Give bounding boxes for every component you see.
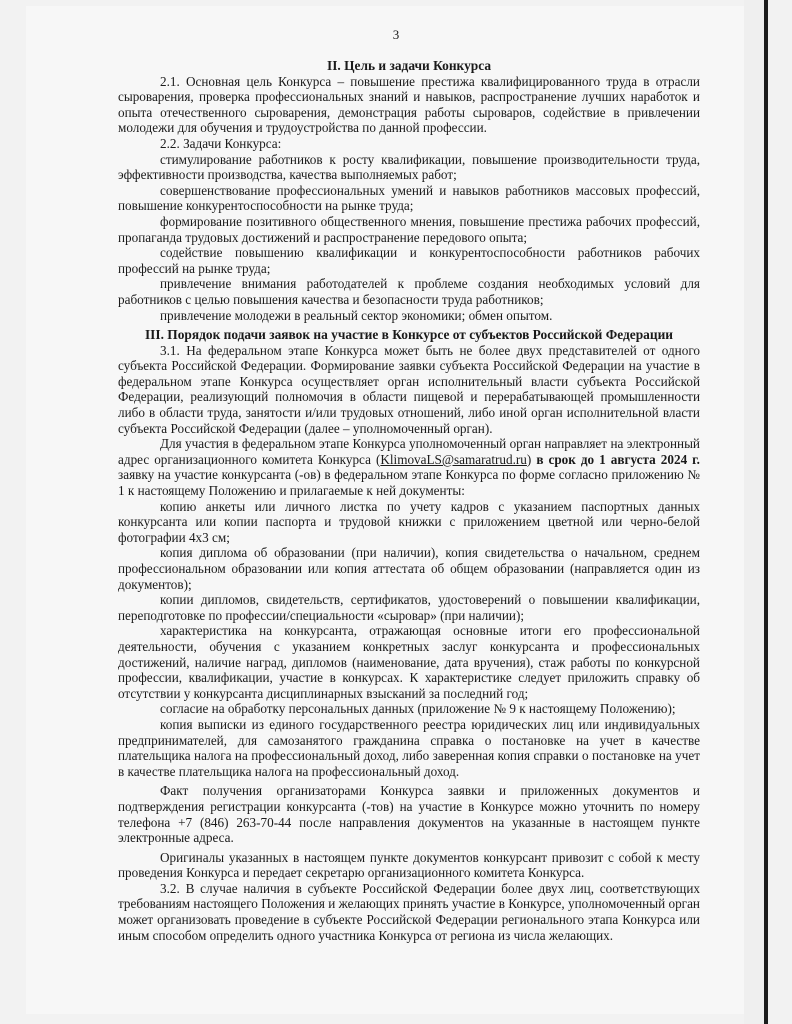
section-3-heading: III. Порядок подачи заявок на участие в … xyxy=(118,327,700,343)
paragraph-2-1: 2.1. Основная цель Конкурса – повышение … xyxy=(118,74,700,136)
deadline-text: в срок до 1 августа 2024 г. xyxy=(536,452,700,467)
document-item: согласие на обработку персональных данны… xyxy=(118,701,700,717)
task-item: совершенствование профессиональных умени… xyxy=(118,183,700,214)
task-item: формирование позитивного общественного м… xyxy=(118,214,700,245)
task-item: привлечение молодежи в реальный сектор э… xyxy=(118,308,700,324)
document-item: копии дипломов, свидетельств, сертификат… xyxy=(118,592,700,623)
paragraph-2-2: 2.2. Задачи Конкурса: xyxy=(118,136,700,152)
submission-paragraph: Для участия в федеральном этапе Конкурса… xyxy=(118,436,700,498)
submission-text-after: заявку на участие конкурсанта (-ов) в фе… xyxy=(118,467,700,498)
task-item: привлечение внимания работодателей к про… xyxy=(118,276,700,307)
originals-paragraph: Оригиналы указанных в настоящем пункте д… xyxy=(118,850,700,881)
paragraph-3-1: 3.1. На федеральном этапе Конкурса может… xyxy=(118,343,700,437)
scan-edge-line xyxy=(764,0,768,1024)
page-number: 3 xyxy=(0,27,792,43)
confirmation-paragraph: Факт получения организаторами Конкурса з… xyxy=(118,783,700,845)
task-item: содействие повышению квалификации и конк… xyxy=(118,245,700,276)
document-item: копия выписки из единого государственног… xyxy=(118,717,700,779)
document-item: характеристика на конкурсанта, отражающа… xyxy=(118,623,700,701)
section-2-heading: II. Цель и задачи Конкурса xyxy=(118,58,700,74)
scan-margin xyxy=(744,0,764,1024)
document-item: копия диплома об образовании (при наличи… xyxy=(118,545,700,592)
submission-text-after-email: ) xyxy=(527,452,536,467)
paragraph-3-2: 3.2. В случае наличия в субъекте Российс… xyxy=(118,881,700,943)
document-body: II. Цель и задачи Конкурса 2.1. Основная… xyxy=(118,58,700,943)
task-item: стимулирование работников к росту квалиф… xyxy=(118,152,700,183)
email-link[interactable]: KlimovaLS@samaratrud.ru xyxy=(380,452,527,467)
document-item: копию анкеты или личного листка по учету… xyxy=(118,499,700,546)
